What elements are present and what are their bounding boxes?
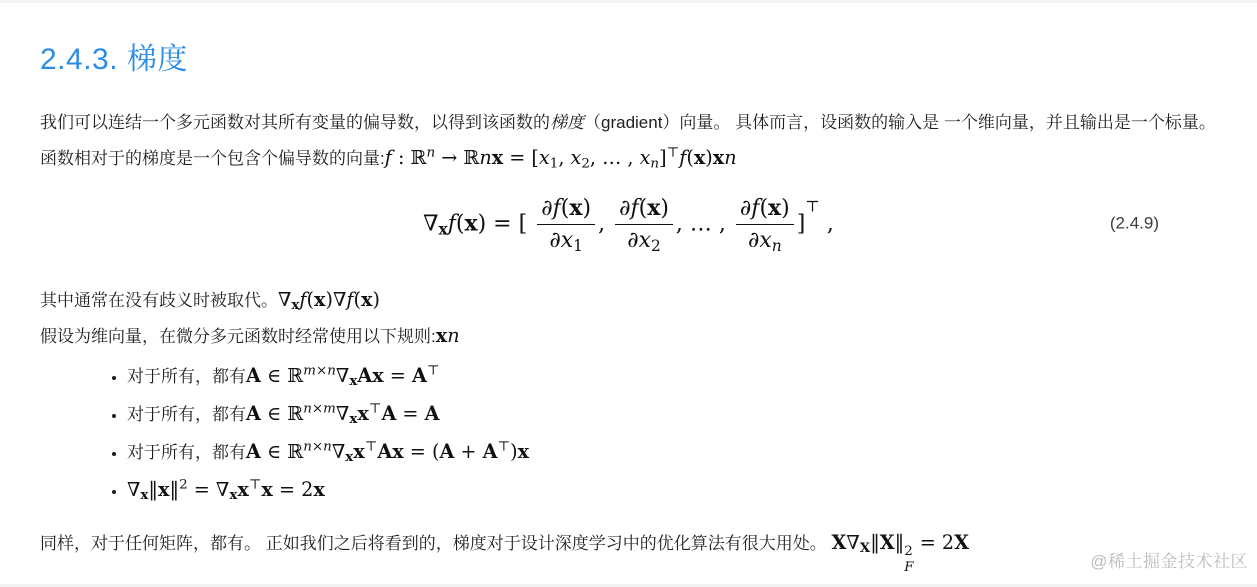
paragraph-rules-intro: 假设为维向量，在微分多元函数时经常使用以下规则:xn	[40, 318, 1217, 354]
rule-item-1-math: A ∈ ℝm×n∇xAx = A⊤	[246, 364, 439, 387]
rule-item-1-text: 对于所有，都有	[127, 367, 246, 386]
ambiguity-inline-math: ∇xf(x)∇f(x)	[278, 288, 380, 311]
paragraph-summary: 同样，对于任何矩阵，都有。 正如我们之后将看到的，梯度对于设计深度学习中的优化算…	[40, 525, 1217, 575]
rule-item-4-math: ∇x‖x‖2 = ∇xx⊤x = 2x	[127, 478, 325, 501]
summary-inline-math: X∇X‖X‖2F = 2X	[831, 531, 969, 554]
rule-item-3-math: A ∈ ℝn×n∇xx⊤Ax = (A + A⊤)x	[246, 440, 529, 463]
intro-inline-math: f : ℝn → ℝnx = [x1, x2, … , xn]⊤f(x)xn	[385, 146, 737, 169]
ambiguity-text: 其中通常在没有歧义时被取代。	[40, 291, 278, 310]
equation-number: (2.4.9)	[1110, 213, 1159, 233]
rules-intro-text: 假设为维向量，在微分多元函数时经常使用以下规则:	[40, 327, 436, 346]
rule-item-1: 对于所有，都有A ∈ ℝm×n∇xAx = A⊤	[127, 357, 1217, 395]
display-equation: ∇xf(x) = [ ∂f(x)∂x1, ∂f(x)∂x2, … , ∂f(x)…	[423, 195, 834, 254]
rules-intro-inline-math: xn	[436, 324, 460, 347]
rules-list: 对于所有，都有A ∈ ℝm×n∇xAx = A⊤ 对于所有，都有A ∈ ℝn×m…	[40, 357, 1217, 509]
paragraph-ambiguity: 其中通常在没有歧义时被取代。∇xf(x)∇f(x)	[40, 282, 1217, 318]
document-page: 2.4.3. 梯度 我们可以连结一个多元函数对其所有变量的偏导数，以得到该函数的…	[0, 0, 1257, 587]
watermark: @稀土掘金技术社区	[1090, 547, 1248, 572]
intro-text-1: 我们可以连结一个多元函数对其所有变量的偏导数，以得到该函数的	[40, 113, 550, 132]
gradient-term-italic: 梯度	[550, 113, 584, 132]
rule-item-4: ∇x‖x‖2 = ∇xx⊤x = 2x	[127, 471, 1217, 509]
rule-item-2-math: A ∈ ℝn×m∇xx⊤A = A	[246, 402, 440, 425]
paragraph-intro: 我们可以连结一个多元函数对其所有变量的偏导数，以得到该函数的梯度（gradien…	[40, 105, 1217, 176]
display-equation-row: ∇xf(x) = [ ∂f(x)∂x1, ∂f(x)∂x2, … , ∂f(x)…	[40, 188, 1217, 262]
rule-item-3-text: 对于所有，都有	[127, 443, 246, 462]
summary-text: 同样，对于任何矩阵，都有。 正如我们之后将看到的，梯度对于设计深度学习中的优化算…	[40, 534, 831, 553]
rule-item-2-text: 对于所有，都有	[127, 405, 246, 424]
rule-item-3: 对于所有，都有A ∈ ℝn×n∇xx⊤Ax = (A + A⊤)x	[127, 433, 1217, 471]
rule-item-2: 对于所有，都有A ∈ ℝn×m∇xx⊤A = A	[127, 395, 1217, 433]
section-title: 2.4.3. 梯度	[40, 34, 1217, 78]
